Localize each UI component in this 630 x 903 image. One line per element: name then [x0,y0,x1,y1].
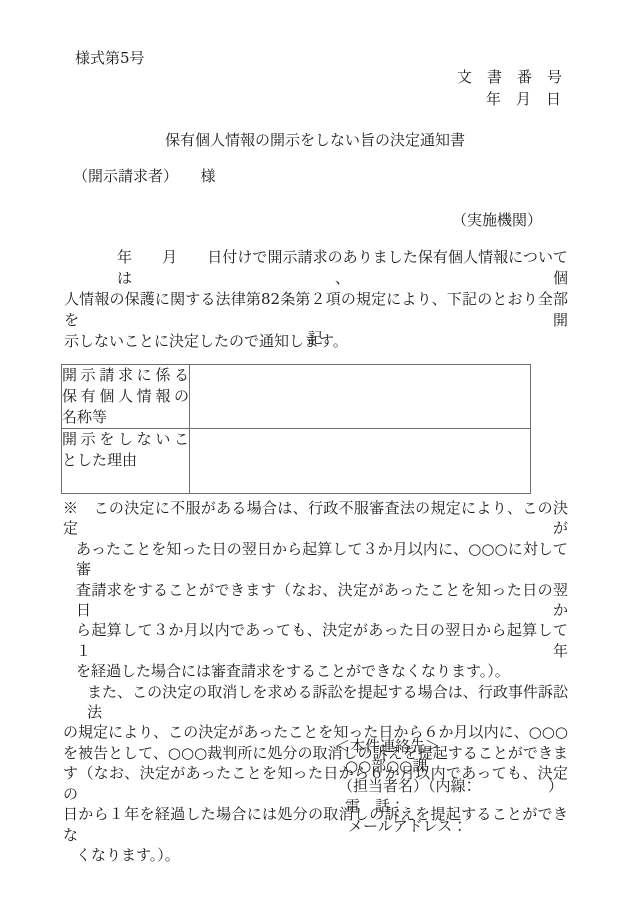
document-page: 様式第5号 文 書 番 号 年 月 日 保有個人情報の開示をしない旨の決定通知書… [0,0,630,903]
table-label-line: 開示請求に係る [62,365,189,386]
document-title: 保有個人情報の開示をしない旨の決定通知書 [0,129,630,150]
table-value-reason [190,429,531,494]
contact-email-line: メールアドレス： [335,816,563,836]
contact-block: ＜本件連絡先＞ ○○部○○課 （担当者名）（内線： ） 電 話： メールアドレス… [335,736,563,836]
note-line: を経過した場合には審査請求をすることができなくなります。）。 [63,661,568,681]
contact-department-line: ○○部○○課 [335,756,563,776]
ki-heading: 記 [0,327,630,348]
note-line: あったことを知った日の翌日から起算して３か月以内に、○○○に対して審 [63,539,568,580]
note-line: くなります。）。 [63,845,568,865]
contact-phone-line: 電 話： [335,796,563,816]
contact-header: ＜本件連絡先＞ [335,736,563,756]
note-line: また、この決定の取消しを求める訴訟を提起する場合は、行政事件訴訟法 [63,682,568,723]
contact-person-extension-line: （担当者名）（内線： ） [335,776,563,796]
issuing-agency-line: （実施機関） [452,209,542,230]
table-label-line: 名称等 [62,407,189,428]
table-label-info-name: 開示請求に係る 保有個人情報の 名称等 [62,365,190,429]
document-number-line: 文 書 番 号 [457,66,562,87]
table-row-reason: 開示をしないこ とした理由 [62,429,531,494]
table-label-line: とした理由 [62,450,189,471]
note-line: ら起算して３か月以内であっても、決定があった日の翌日から起算して１年 [63,620,568,661]
table-label-line: 保有個人情報の [62,386,189,407]
note-line: ※ この決定に不服がある場合は、行政不服審査法の規定により、この決定が [63,498,568,539]
body-line: 人情報の保護に関する法律第82条第２項の規定により、下記のとおり全部を開 [64,289,568,331]
addressee-line: （開示請求者） 様 [73,165,216,186]
table-row-info-name: 開示請求に係る 保有個人情報の 名称等 [62,365,531,429]
table-label-reason: 開示をしないこ とした理由 [62,429,190,494]
disclosure-table: 開示請求に係る 保有個人情報の 名称等 開示をしないこ とした理由 [61,364,531,494]
body-line: 年 月 日付けで開示請求のありました保有個人情報については、個 [64,247,568,289]
form-number: 様式第5号 [75,47,145,68]
table-label-line: 開示をしないこ [62,429,189,450]
date-line: 年 月 日 [486,88,561,109]
note-line: 査請求をすることができます（なお、決定があったことを知った日の翌日か [63,580,568,621]
table-value-info-name [190,365,531,429]
